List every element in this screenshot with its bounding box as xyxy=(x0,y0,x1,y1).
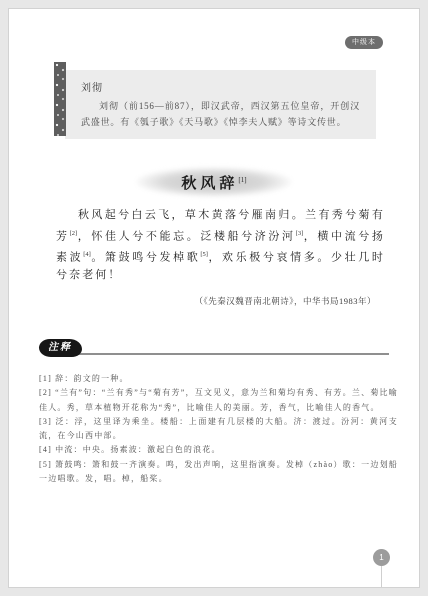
author-box: 刘彻 刘彻（前156—前87），即汉武帝，西汉第五位皇帝，开创汉武盛世。有《瓠子… xyxy=(54,70,376,139)
book-page: 中级本 刘彻 刘彻（前156—前87），即汉武帝，西汉第五位皇帝，开创汉武盛世。… xyxy=(8,8,420,588)
ornament-strip xyxy=(54,62,66,136)
notes-badge: 注释 xyxy=(39,339,82,357)
page-number: 1 xyxy=(373,549,390,566)
divider-line xyxy=(57,353,389,355)
poem-note-ref: [5] xyxy=(200,251,208,258)
notes-header: 注释 xyxy=(39,333,389,357)
poem-note-ref: [3] xyxy=(296,230,304,237)
note-item: [3] 泛：浮，这里译为乘坐。楼船：上面建有几层楼的大船。济：渡过。汾河：黄河支… xyxy=(39,415,398,444)
page-number-tail xyxy=(381,566,382,587)
title-note-ref: [1] xyxy=(238,176,246,184)
poem-title-block: 秋风辞[1] xyxy=(9,162,419,199)
poem-note-ref: [2] xyxy=(70,230,78,237)
level-badge: 中级本 xyxy=(345,36,383,49)
page-number-block: 1 xyxy=(365,549,399,587)
notes-list: [1] 辞：韵文的一种。[2] “兰有”句：“兰有秀”与“菊有芳”，互文见义，意… xyxy=(39,372,398,486)
note-item: [4] 中流：中央。扬素波：激起白色的浪花。 xyxy=(39,443,398,457)
note-item: [5] 箫鼓鸣：箫和鼓一齐演奏。鸣，发出声响，这里指演奏。发棹（zhào）歌：一… xyxy=(39,458,398,487)
note-item: [1] 辞：韵文的一种。 xyxy=(39,372,398,386)
author-bio: 刘彻（前156—前87），即汉武帝，西汉第五位皇帝，开创汉武盛世。有《瓠子歌》《… xyxy=(81,99,360,130)
poem-note-ref: [4] xyxy=(83,251,91,258)
note-item: [2] “兰有”句：“兰有秀”与“菊有芳”，互文见义，意为兰和菊均有秀、有芳。兰… xyxy=(39,386,398,415)
poem-title-text: 秋风辞 xyxy=(181,176,238,192)
author-box-body: 刘彻 刘彻（前156—前87），即汉武帝，西汉第五位皇帝，开创汉武盛世。有《瓠子… xyxy=(65,70,376,139)
poem-title: 秋风辞[1] xyxy=(9,162,419,199)
poem-text: 秋风起兮白云飞，草木黄落兮雁南归。兰有秀兮菊有芳[2]，怀佳人兮不能忘。泛楼船兮… xyxy=(56,207,385,284)
author-name: 刘彻 xyxy=(81,79,360,94)
poem-source: （《先秦汉魏晋南北朝诗》，中华书局1983年） xyxy=(194,295,376,307)
